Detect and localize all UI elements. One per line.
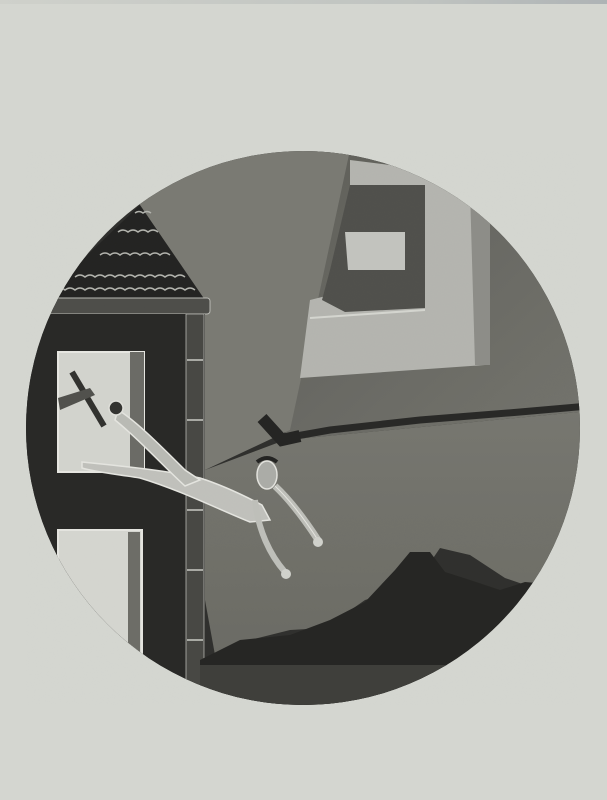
paper-sheet	[0, 0, 607, 800]
circular-print	[0, 0, 607, 800]
